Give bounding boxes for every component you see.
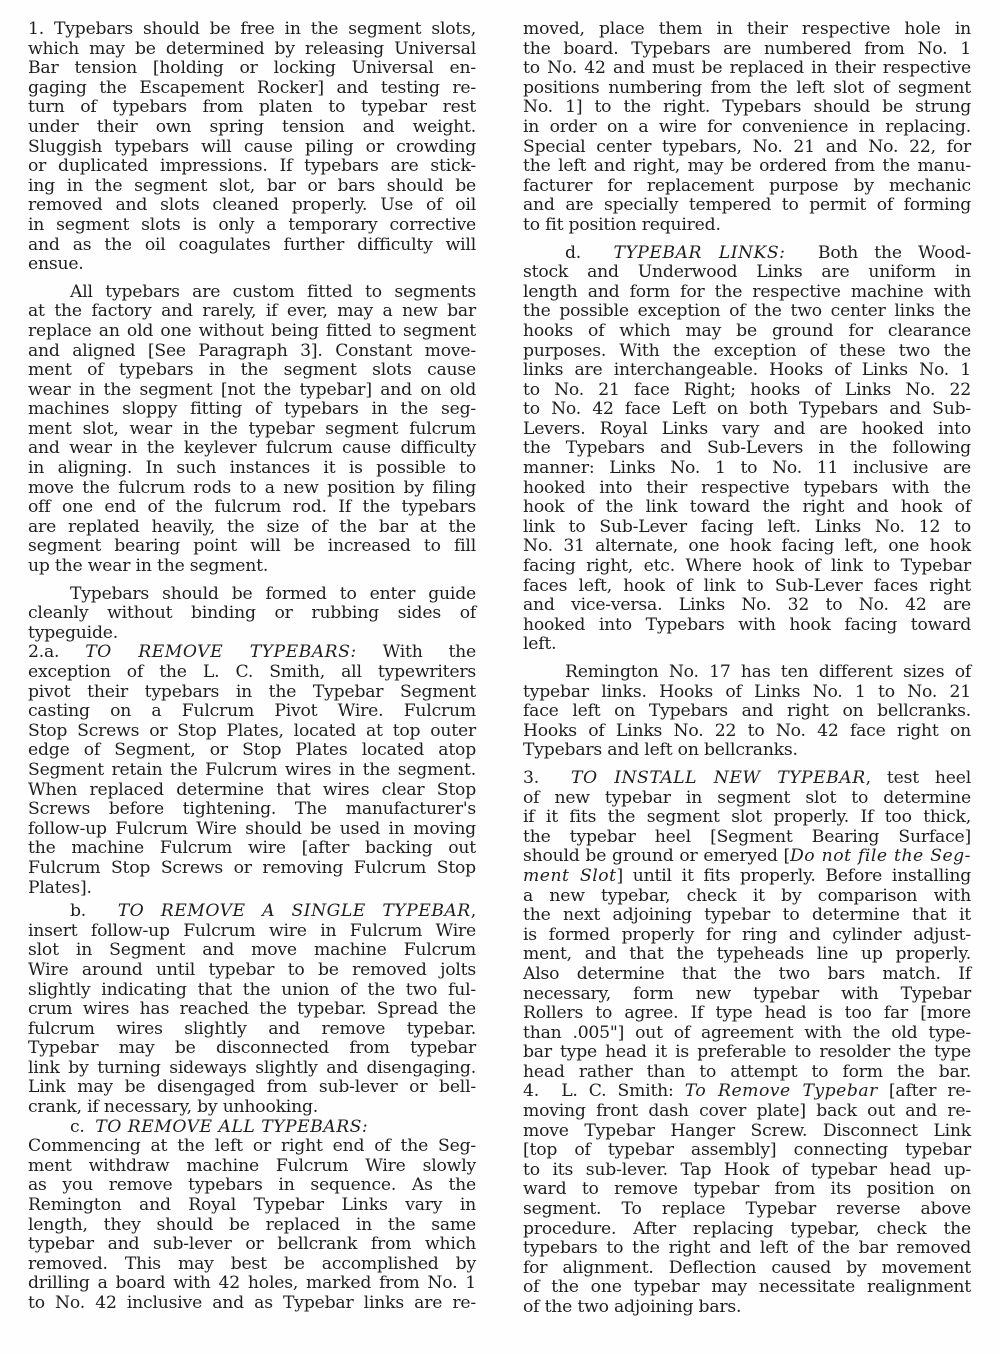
- text-line: hooks of which may be ground for clearan…: [523, 322, 971, 342]
- text-line: procedure. After replacing typebar, chec…: [523, 1220, 971, 1240]
- text-line: purposes. With the exception of these tw…: [523, 342, 971, 362]
- text-line: fulcrum wires slightly and remove typeba…: [28, 1020, 476, 1040]
- text-line: facing right, etc. Where hook of link to…: [523, 557, 971, 577]
- text-line: and as the oil coagulates further diffic…: [28, 236, 476, 256]
- text-line: slot in Segment and move machine Fulcrum: [28, 941, 476, 961]
- section-heading-line: 3. TO INSTALL NEW TYPEBAR, test heel: [523, 769, 971, 789]
- text-line: link by turning sideways slightly and di…: [28, 1059, 476, 1079]
- paragraph-remington: Remington No. 17 has ten different sizes…: [523, 663, 971, 761]
- section-heading: TYPEBAR LINKS:: [614, 243, 786, 263]
- text-line: to its sub-lever. Tap Hook of typebar he…: [523, 1161, 971, 1181]
- paragraph-1: 1. Typebars should be free in the segmen…: [28, 20, 476, 275]
- text-line: typeguide.: [28, 624, 476, 644]
- text-line: move Typebar Hanger Screw. Disconnect Li…: [523, 1122, 971, 1142]
- text-line: the board. Typebars are numbered from No…: [523, 40, 971, 60]
- text-line: Plates].: [28, 879, 476, 899]
- text-line: ensue.: [28, 255, 476, 275]
- text-line: ing in the segment slot, bar or bars sho…: [28, 177, 476, 197]
- text-line: for alignment. Deflection caused by move…: [523, 1259, 971, 1279]
- text-line: follow-up Fulcrum Wire should be used in…: [28, 820, 476, 840]
- text-line: casting on a Fulcrum Pivot Wire. Fulcrum: [28, 702, 476, 722]
- text-line: Bar tension [holding or locking Universa…: [28, 59, 476, 79]
- section-heading: TO REMOVE ALL TYPEBARS:: [95, 1117, 368, 1137]
- section-heading-line: 4. L. C. Smith: To Remove Typebar [after…: [523, 1082, 971, 1102]
- text-line: as you remove typebars in sequence. As t…: [28, 1176, 476, 1196]
- text-line: Also determine that the two bars match. …: [523, 965, 971, 985]
- text-line: ment withdraw machine Fulcrum Wire slowl…: [28, 1157, 476, 1177]
- text-line: the Typebars and Sub-Levers in the follo…: [523, 439, 971, 459]
- text-fragment: With the: [383, 642, 476, 662]
- text-line: crank, if necessary, by unhooking.: [28, 1098, 476, 1118]
- text-line: drilling a board with 42 holes, marked f…: [28, 1274, 476, 1294]
- text-line: ment of typebars in the segment slots ca…: [28, 361, 476, 381]
- text-line: if it fits the segment slot properly. If…: [523, 808, 971, 828]
- text-line: Commencing at the left or right end of t…: [28, 1137, 476, 1157]
- text-fragment: Both the Wood-: [818, 243, 971, 263]
- text-line: left.: [523, 635, 971, 655]
- text-line: ment, and that the typeheads line up pro…: [523, 945, 971, 965]
- section-heading-line: d. TYPEBAR LINKS: Both the Wood-: [523, 244, 971, 264]
- text-line: edge of Segment, or Stop Plates located …: [28, 741, 476, 761]
- text-line: to No. 42 face Left on both Typebars and…: [523, 400, 971, 420]
- text-line: the machine Fulcrum wire [after backing …: [28, 839, 476, 859]
- text-line: removed and slots cleaned properly. Use …: [28, 196, 476, 216]
- text-line: and aligned [See Paragraph 3]. Constant …: [28, 342, 476, 362]
- text-line: Fulcrum Stop Screws or removing Fulcrum …: [28, 859, 476, 879]
- right-column: moved, place them in their respective ho…: [523, 20, 971, 1318]
- text-line: is formed properly for ring and cylinder…: [523, 926, 971, 946]
- section-number: 2.a.: [28, 642, 59, 662]
- text-line: a new typebar, check it by comparison wi…: [523, 887, 971, 907]
- left-column: 1. Typebars should be free in the segmen…: [28, 20, 476, 1314]
- text-line: manner: Links No. 1 to No. 11 inclusive …: [523, 459, 971, 479]
- text-line: turn of typebars from platen to typebar …: [28, 98, 476, 118]
- text-line: Segment retain the Fulcrum wires in the …: [28, 761, 476, 781]
- text-line: and are specially tempered to permit of …: [523, 196, 971, 216]
- text-line: the typebar heel [Segment Bearing Surfac…: [523, 828, 971, 848]
- text-line: under their own spring tension and weigh…: [28, 118, 476, 138]
- text-line: 1. Typebars should be free in the segmen…: [28, 20, 476, 40]
- text-line: ment slot, wear in the typebar segment f…: [28, 420, 476, 440]
- section-number: 4.: [523, 1081, 539, 1101]
- text-line: link to Sub-Lever facing left. Links No.…: [523, 518, 971, 538]
- text-line: Typebars and left on bellcranks.: [523, 741, 971, 761]
- section-heading-line: c. TO REMOVE ALL TYPEBARS:: [28, 1118, 476, 1138]
- text-line: gaging the Escapement Rocker] and testin…: [28, 79, 476, 99]
- text-line: to fit position required.: [523, 216, 971, 236]
- text-line: hooked into Typebars with hook facing to…: [523, 616, 971, 636]
- section-heading: TO REMOVE A SINGLE TYPEBAR: [118, 901, 471, 921]
- text-line: hook of the link toward the right and ho…: [523, 498, 971, 518]
- text-fragment: , test heel: [866, 768, 971, 788]
- text-line: removed. This may best be accomplished b…: [28, 1255, 476, 1275]
- text-line: to No. 42 and must be replaced in their …: [523, 59, 971, 79]
- text-fragment: should be ground or emeryed [: [523, 846, 790, 866]
- text-line: and wear in the keylever fulcrum cause d…: [28, 439, 476, 459]
- text-line: move the fulcrum rods to a new position …: [28, 479, 476, 499]
- text-line: Remington and Royal Typebar Links vary i…: [28, 1196, 476, 1216]
- section-d-typebar-links: d. TYPEBAR LINKS: Both the Wood- stock a…: [523, 244, 971, 655]
- text-line: pivot their typebars in the Typebar Segm…: [28, 683, 476, 703]
- text-line: length and form for the respective machi…: [523, 283, 971, 303]
- italic-note: Do not file the Seg-: [790, 846, 971, 866]
- text-line: typebar links. Hooks of Links No. 1 to N…: [523, 683, 971, 703]
- section-heading: TO REMOVE TYPEBARS:: [85, 642, 357, 662]
- text-line: When replaced determine that wires clear…: [28, 781, 476, 801]
- text-line: typebar and sub-lever or bellcrank from …: [28, 1235, 476, 1255]
- text-line: cleanly without binding or rubbing sides…: [28, 604, 476, 624]
- text-fragment: ,: [471, 901, 476, 921]
- text-line: to No. 42 inclusive and as Typebar links…: [28, 1294, 476, 1314]
- text-line: which may be determined by releasing Uni…: [28, 40, 476, 60]
- text-line: links are interchangeable. Hooks of Link…: [523, 361, 971, 381]
- text-line: ward to remove typebar from its position…: [523, 1180, 971, 1200]
- section-heading-line: 2.a. TO REMOVE TYPEBARS: With the: [28, 643, 476, 663]
- text-line: Link may be disengaged from sub-lever or…: [28, 1078, 476, 1098]
- text-line: Hooks of Links No. 22 to No. 42 face rig…: [523, 722, 971, 742]
- text-line: moved, place them in their respective ho…: [523, 20, 971, 40]
- text-line: machines sloppy fitting of typebars in t…: [28, 400, 476, 420]
- text-line: ment Slot] until it fits properly. Befor…: [523, 867, 971, 887]
- text-line: Remington No. 17 has ten different sizes…: [523, 663, 971, 683]
- text-line: are replated heavily, the size of the ba…: [28, 518, 476, 538]
- section-number: c.: [70, 1117, 85, 1137]
- text-fragment: [after re-: [889, 1081, 971, 1101]
- text-line: in order on a wire for convenience in re…: [523, 118, 971, 138]
- text-line: Levers. Royal Links vary and are hooked …: [523, 420, 971, 440]
- section-heading: To Remove Typebar: [685, 1081, 878, 1101]
- text-fragment: ] until it fits properly. Before install…: [616, 866, 971, 886]
- text-line: the possible exception of the two center…: [523, 302, 971, 322]
- text-line: No. 1] to the right. Typebars should be …: [523, 98, 971, 118]
- section-heading-line: b. TO REMOVE A SINGLE TYPEBAR,: [28, 902, 476, 922]
- text-line: faces left, hook of link to Sub-Lever fa…: [523, 577, 971, 597]
- section-c-continued: moved, place them in their respective ho…: [523, 20, 971, 236]
- text-line: crum wires has reached the typebar. Spre…: [28, 1000, 476, 1020]
- document-page: 1. Typebars should be free in the segmen…: [0, 0, 1000, 1354]
- section-3-install-new-typebar: 3. TO INSTALL NEW TYPEBAR, test heel of …: [523, 769, 971, 1083]
- text-line: moving front dash cover plate] back out …: [523, 1102, 971, 1122]
- text-line: Special center typebars, No. 21 and No. …: [523, 138, 971, 158]
- text-line: insert follow-up Fulcrum wire in Fulcrum…: [28, 922, 476, 942]
- section-heading: TO INSTALL NEW TYPEBAR: [571, 768, 866, 788]
- text-line: the next adjoining typebar to determine …: [523, 906, 971, 926]
- machine-name: L. C. Smith:: [561, 1081, 673, 1101]
- text-line: No. 31 alternate, one hook facing left, …: [523, 537, 971, 557]
- text-line: segment. To replace Typebar reverse abov…: [523, 1200, 971, 1220]
- section-c-remove-all-typebars: c. TO REMOVE ALL TYPEBARS: Commencing at…: [28, 1118, 476, 1314]
- text-line: Sluggish typebars will cause piling or c…: [28, 138, 476, 158]
- paragraph-3: Typebars should be formed to enter guide…: [28, 585, 476, 644]
- text-line: to No. 21 face Right; hooks of Links No.…: [523, 381, 971, 401]
- text-line: wear in the segment [not the typebar] an…: [28, 381, 476, 401]
- section-number: d.: [565, 243, 581, 263]
- text-line: the left and right, may be ordered from …: [523, 157, 971, 177]
- text-line: hooked into their respective typebars wi…: [523, 479, 971, 499]
- section-4-lc-smith: 4. L. C. Smith: To Remove Typebar [after…: [523, 1082, 971, 1317]
- text-line: head rather than to attempt to form the …: [523, 1063, 971, 1083]
- text-line: Rollers to agree. If type head is too fa…: [523, 1004, 971, 1024]
- text-line: of new typebar in segment slot to determ…: [523, 789, 971, 809]
- text-line: Wire around until typebar to be removed …: [28, 961, 476, 981]
- text-line: up the wear in the segment.: [28, 557, 476, 577]
- text-line: stock and Underwood Links are uniform in: [523, 263, 971, 283]
- text-line: All typebars are custom fitted to segmen…: [28, 283, 476, 303]
- text-line: in aligning. In such instances it is pos…: [28, 459, 476, 479]
- section-b-remove-single-typebar: b. TO REMOVE A SINGLE TYPEBAR, insert fo…: [28, 902, 476, 1118]
- text-line: should be ground or emeryed [Do not file…: [523, 847, 971, 867]
- text-line: than .005"] out of agreement with the ol…: [523, 1024, 971, 1044]
- text-line: typebars to the right and left of the ba…: [523, 1239, 971, 1259]
- section-2a-remove-typebars: 2.a. TO REMOVE TYPEBARS: With the except…: [28, 643, 476, 898]
- italic-note: ment Slot: [523, 866, 616, 886]
- text-line: Typebars should be formed to enter guide: [28, 585, 476, 605]
- text-line: off one end of the fulcrum rod. If the t…: [28, 498, 476, 518]
- section-number: b.: [70, 901, 86, 921]
- text-line: at the factory and rarely, if ever, may …: [28, 302, 476, 322]
- text-line: length, they should be replaced in the s…: [28, 1216, 476, 1236]
- text-line: positions numbering from the left slot o…: [523, 79, 971, 99]
- text-line: bar type head it is preferable to resold…: [523, 1043, 971, 1063]
- text-line: face left on Typebars and right on bellc…: [523, 702, 971, 722]
- text-line: replace an old one without being fitted …: [28, 322, 476, 342]
- text-line: [top of typebar assembly] connecting typ…: [523, 1141, 971, 1161]
- text-line: or duplicated impressions. If typebars a…: [28, 157, 476, 177]
- text-line: and vice-versa. Links No. 32 to No. 42 a…: [523, 596, 971, 616]
- paragraph-2: All typebars are custom fitted to segmen…: [28, 283, 476, 577]
- text-line: Typebar may be disconnected from typebar: [28, 1039, 476, 1059]
- text-line: exception of the L. C. Smith, all typewr…: [28, 663, 476, 683]
- section-number: 3.: [523, 768, 539, 788]
- text-line: segment bearing point will be increased …: [28, 537, 476, 557]
- text-line: of the one typebar may necessitate reali…: [523, 1278, 971, 1298]
- text-line: facturer for replacement purpose by mech…: [523, 177, 971, 197]
- text-line: in segment slots is only a temporary cor…: [28, 216, 476, 236]
- text-line: Screws before tightening. The manufactur…: [28, 800, 476, 820]
- text-line: of the two adjoining bars.: [523, 1298, 971, 1318]
- text-line: Stop Screws or Stop Plates, located at t…: [28, 722, 476, 742]
- text-line: slightly indicating that the union of th…: [28, 981, 476, 1001]
- text-line: necessary, form new typebar with Typebar: [523, 985, 971, 1005]
